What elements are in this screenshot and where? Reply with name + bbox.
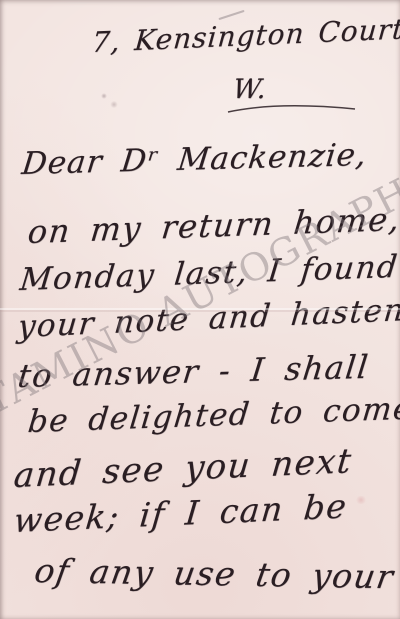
paper-stain [101,93,107,99]
body-line: to answer - I shall [16,348,371,395]
body-line: Monday last, I found [18,249,400,298]
body-line: on my return home, [26,200,400,251]
address-line-2: W. [231,74,269,105]
letter-scan: 7, Kensington Court W. Dear Dʳ Mackenzie… [0,0,400,619]
paper-fold-crease [0,308,400,312]
paper-stain [110,101,118,108]
body-line: week; if I can be [12,486,349,540]
body-line: of any use to your [32,551,397,596]
salutation-line: Dear Dʳ Mackenzie, [20,137,369,182]
paper-stain [355,496,367,504]
address-line-1: 7, Kensington Court [91,12,400,59]
body-line: be delighted to come [26,390,400,440]
underline-flourish [226,102,358,116]
body-line: your note and hasten [16,292,400,345]
